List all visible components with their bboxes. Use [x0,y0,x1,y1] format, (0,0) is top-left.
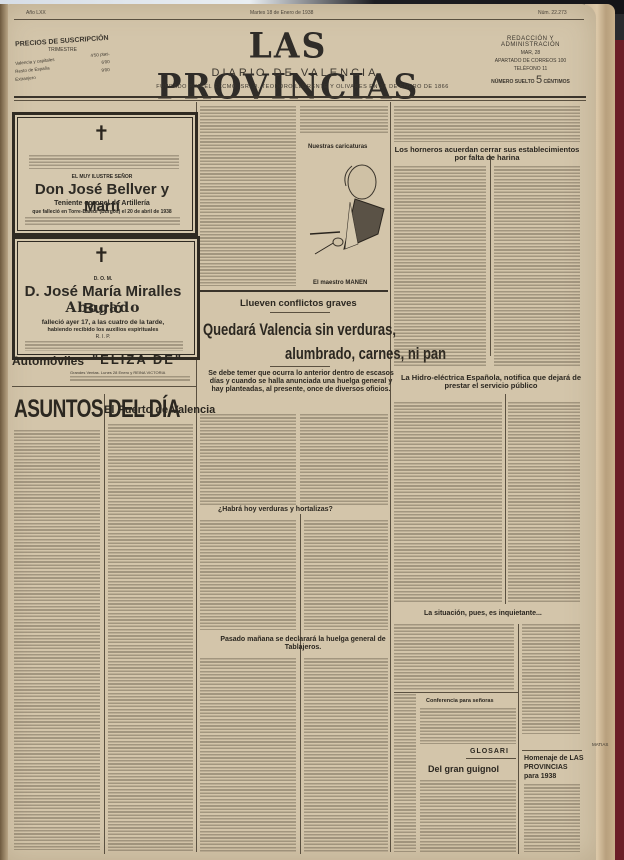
obituary-rip: R. I. P. [15,334,191,340]
column-text [200,414,296,506]
headline-conferencia: Conferencia para señoras [426,698,494,704]
headline-situacion: La situación, pues, es inquietante... [424,610,542,617]
headline-horneros: Los horneros acuerdan cerrar sus estable… [392,146,582,162]
issue-number: Núm. 22.273 [538,10,567,16]
header-top-rule [14,19,584,20]
header-bottom-rule-thin [14,100,586,101]
obituary-details: que falleció en Torre-Baleur (Burgos) el… [15,209,189,215]
headline-guignol: Del gran guignol [428,764,499,774]
obituary-box: ✝ D. O. M. D. José María Miralles Burló … [12,236,200,360]
caricature-illustration [300,154,390,274]
headline-homenaje: Homenaje de LAS PROVINCIAS para 1938 [524,754,584,781]
headline-hidro: La Hidro-eléctrica Española, notifica qu… [398,374,584,390]
signature: MATIAS [592,742,608,747]
column-text [394,402,502,602]
section-puerto-valencia: El Puerto de Valencia [104,404,215,416]
column-divider [390,102,391,852]
rule [270,366,330,367]
column-text [200,520,296,630]
headline-verduras: ¿Habrá hoy verduras y hortalizas? [218,506,333,513]
ad-brand-prefix: Automóviles [12,354,84,368]
subscription-box: PRECIOS DE SUSCRIPCIÓN TRIMESTRE Valenci… [15,38,110,77]
obituary-title: Abogado [15,300,191,316]
headline-kicker: Llueven conflictos graves [240,298,357,309]
admin-phone: TELÉFONO 11 [478,66,583,72]
column-text [304,520,388,630]
rule [394,692,518,693]
ad-line: Grandes Ventas. Lunes 28 Enero y REINA V… [70,370,165,375]
ad-brand: "ELIZA DE" [92,352,183,367]
admin-title: REDACCIÓN Y ADMINISTRACIÓN [478,36,583,48]
column-text [300,106,388,134]
headline-deck: Se debe temer que ocurra lo anterior den… [204,370,398,394]
body-text [25,341,183,351]
column-text [494,166,580,366]
header-bottom-rule [14,96,586,98]
column-divider [505,394,506,604]
column-divider [300,514,301,854]
body-text [29,155,179,169]
cross-icon: ✝ [93,243,110,267]
caricature-title: Nuestras caricaturas [308,144,367,150]
rule [270,312,330,313]
section-glosari: GLOSARI [470,748,509,755]
admin-address: MAR, 28 [478,50,583,56]
founder-line: FUNDADO POR EL EXCMO. SR. D. TEODORO LLO… [130,84,475,90]
price: NÚMERO SUELTO 5 CÉNTIMOS [478,74,583,86]
column-divider [518,624,519,854]
cross-icon: ✝ [93,121,110,145]
masthead-subtitle: DIARIO DE VALENCIA [190,67,400,79]
masthead: LAS PROVINCIAS [113,25,463,107]
obituary-intro: EL MUY ILUSTRE SEÑOR [15,174,189,180]
caricature-caption: El maestro MANEN [313,280,367,286]
headline-tablajeros: Pasado mañana se declarará la huelga gen… [208,636,398,652]
column-divider [104,394,105,854]
column-text [420,780,516,852]
obituary-details: falleció ayer 17, a las cuatro de la tar… [15,319,191,326]
column-text [524,784,580,852]
column-text [304,658,388,852]
column-text [394,694,416,852]
column-text [14,430,100,850]
column-text [508,402,580,602]
column-divider [490,156,491,356]
obituary-box: ✝ EL MUY ILUSTRE SEÑOR Don José Bellver … [12,112,198,236]
administration-box: REDACCIÓN Y ADMINISTRACIÓN MAR, 28 APART… [478,36,583,88]
column-text [394,106,580,142]
rule [522,750,582,751]
year-label: Año LXX [26,10,46,16]
column-text [394,624,514,690]
headline-main-line1: Quedará Valencia sin verduras, [203,320,396,339]
rule [466,758,516,759]
column-text [300,414,388,506]
column-text [200,106,296,286]
column-text [522,624,580,734]
binding-spine [0,4,8,860]
column-text [420,708,516,744]
body-text [70,376,190,381]
column-text [200,658,296,852]
obituary-title: Teniente coronel de Artillería [15,200,189,207]
dateline: Martes 18 de Enero de 1938 [250,10,313,16]
newspaper-page: Año LXX Martes 18 de Enero de 1938 Núm. … [0,4,596,860]
obituary-details-2: habiendo recibido los auxilios espiritua… [15,327,191,333]
obituary-intro: D. O. M. [15,276,191,282]
column-text [394,166,486,366]
body-text [25,217,180,225]
rule [12,386,196,387]
column-text [108,424,193,852]
rule [200,290,388,292]
admin-po-box: APARTADO DE CORREOS 100 [478,58,583,64]
